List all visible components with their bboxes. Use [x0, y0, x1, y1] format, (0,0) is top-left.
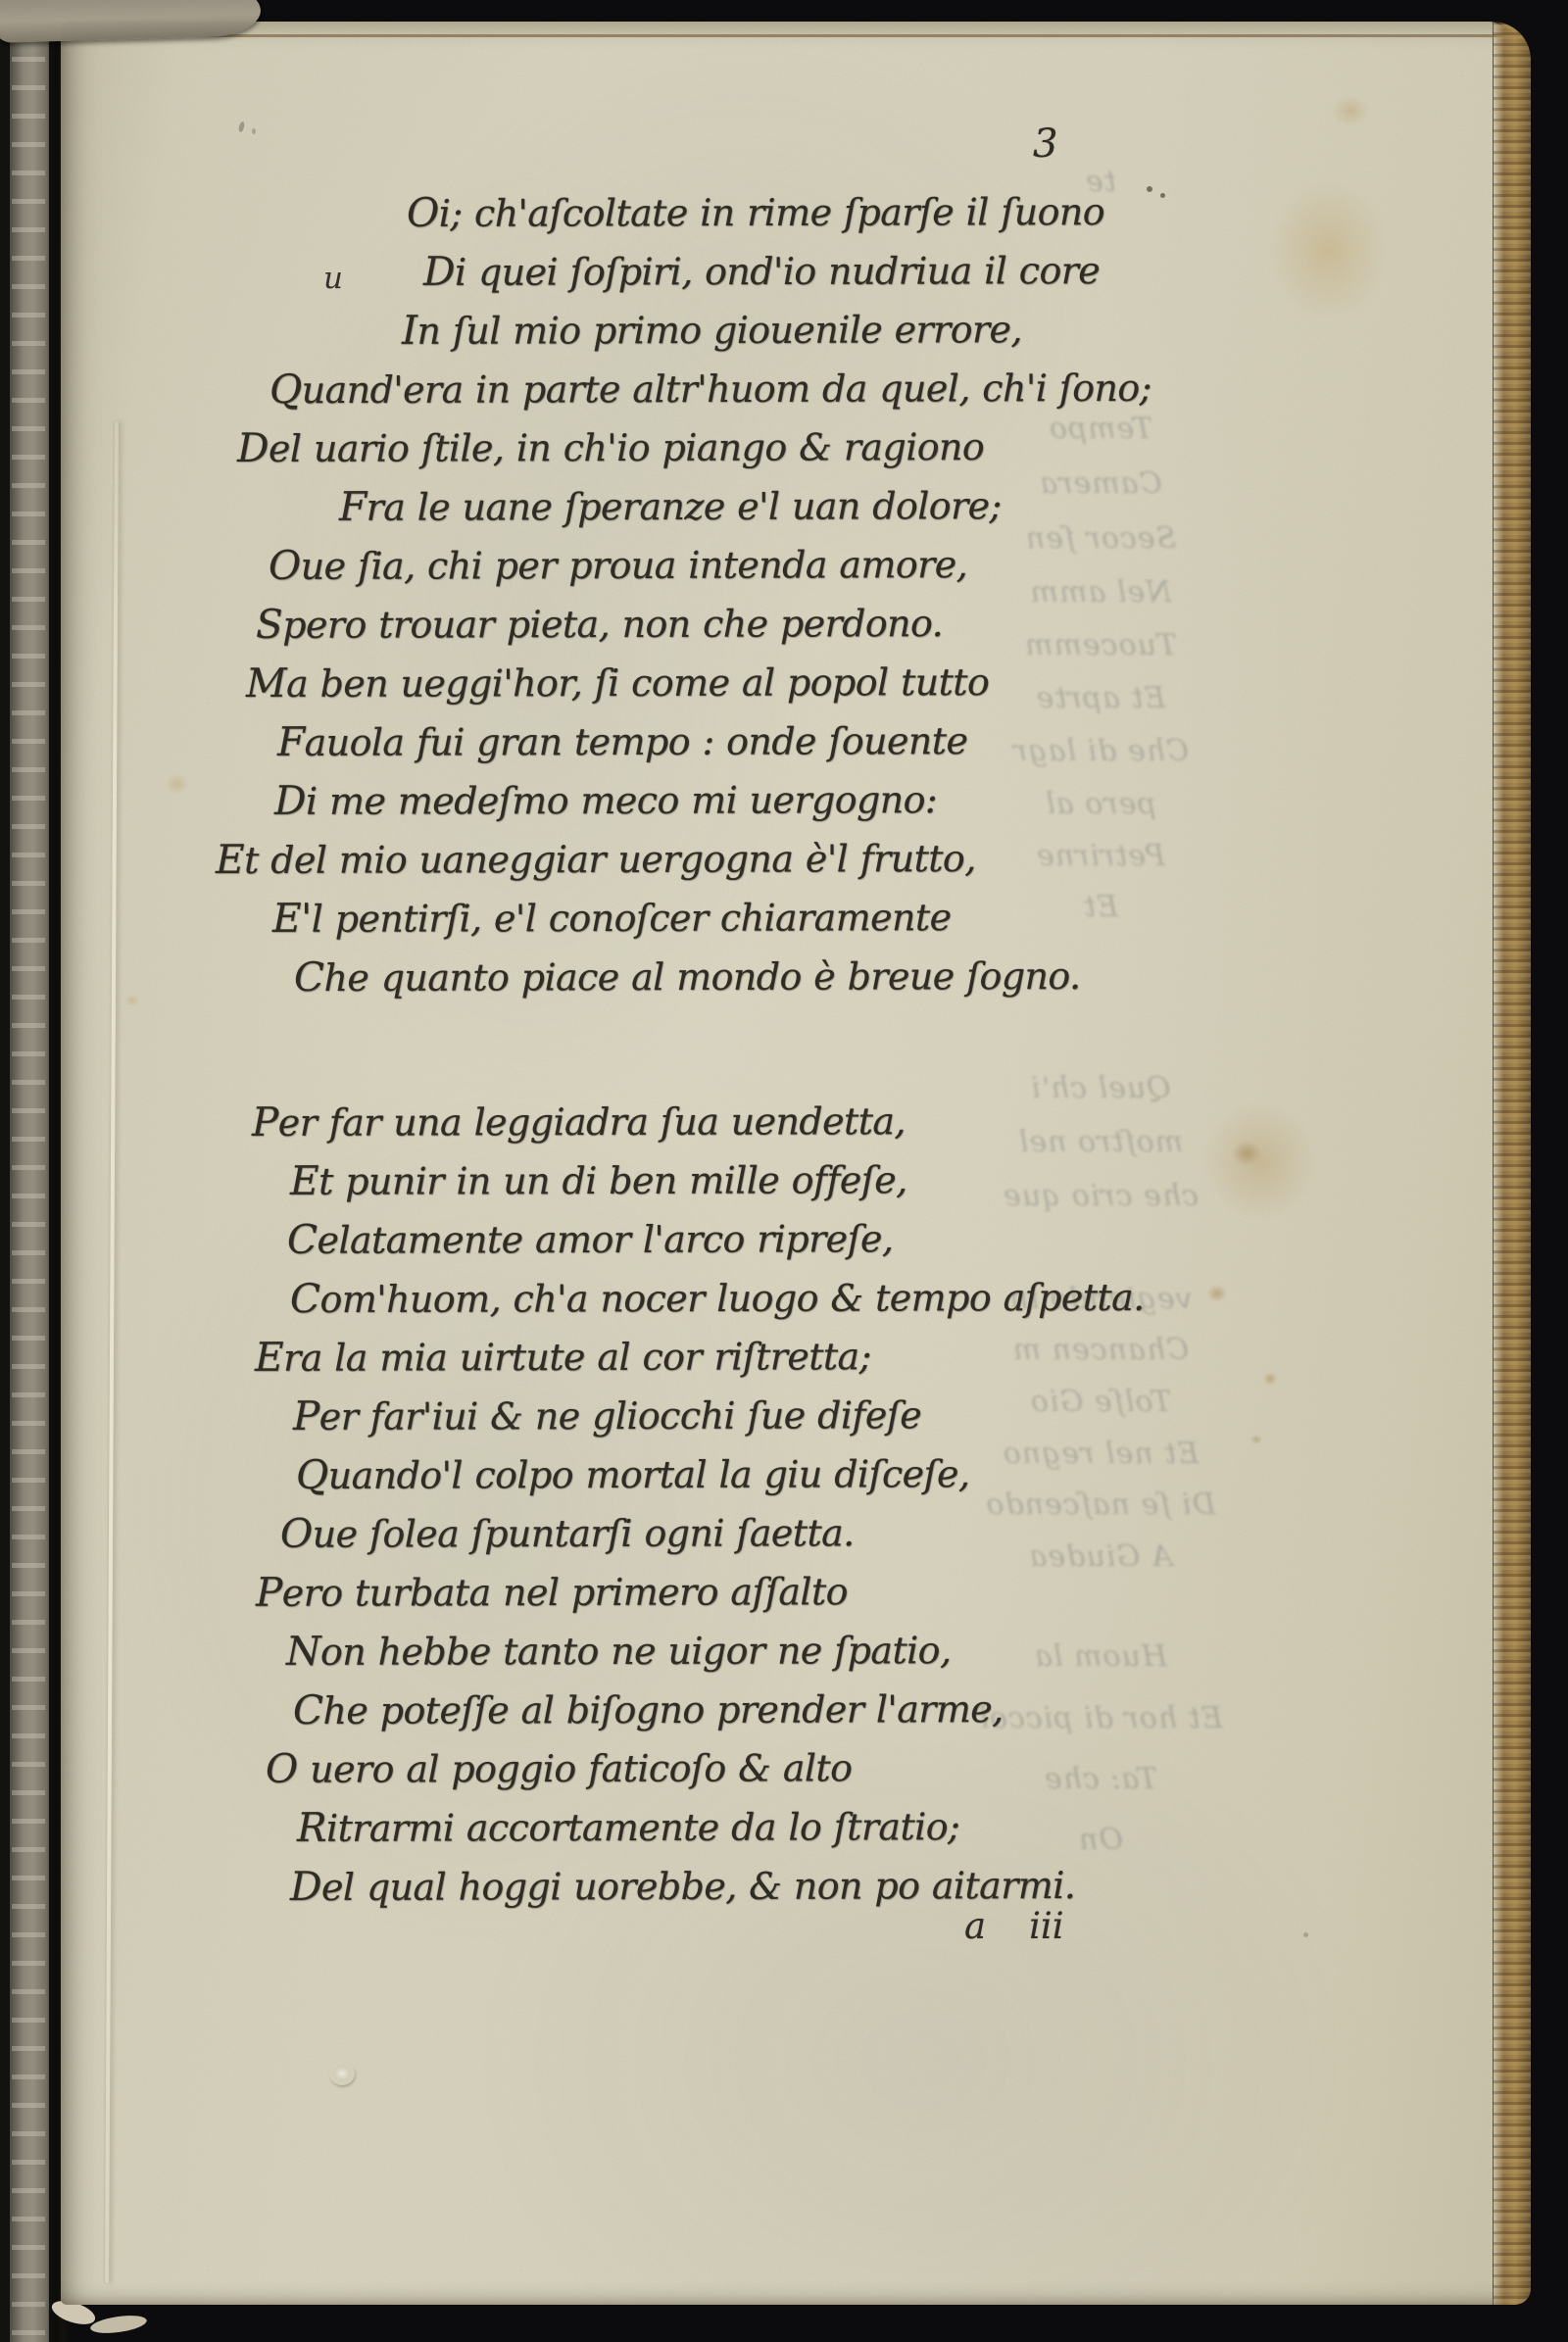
verse-line: Del qual hoggi uorebbe, & non po aitarmi…: [290, 1865, 1075, 1907]
verse-line: Ma ben ueggi'hor, ſi come al popol tutto: [246, 661, 989, 704]
signature-letter: a: [964, 1905, 986, 1947]
verse-line: Oue ſolea ſpuntarſi ogni ſaetta.: [280, 1512, 855, 1553]
verse-line: Che poteſſe al biſogno prender l'arme,: [293, 1688, 1004, 1731]
verse-line: Quand'era in parte altr'huom da quel, ch…: [269, 367, 1151, 410]
verse-line: Com'huom, ch'a nocer luogo & tempo aſpet…: [290, 1277, 1145, 1319]
verse-line: E'l pentirſi, e'l conoſcer chiaramente: [272, 897, 952, 938]
verse-line: Del uario ſtile, in ch'io piango & ragio…: [237, 426, 984, 468]
verse-line: Fra le uane ſperanze e'l uan dolore;: [339, 485, 1002, 526]
verse-line: Era la mia uirtute al cor riſtretta;: [255, 1336, 871, 1377]
signature-mark: aiii: [964, 1905, 1064, 1947]
verse-line: Et del mio uaneggiar uergogna è'l frutto…: [216, 838, 976, 880]
guide-letter: u: [323, 261, 343, 296]
verse-line: Non hebbe tanto ne uigor ne ſpatio,: [286, 1630, 952, 1671]
scanned-book-photo: { "page": { "folio_number": "3", "guide_…: [0, 0, 1568, 2342]
verse-line: Celatamente amor l'arco ripreſe,: [287, 1218, 893, 1259]
verse-line: Di me medeſmo meco mi uergogno:: [274, 779, 937, 820]
verse-line: Oi; ch'aſcoltate in rime ſparſe il ſuono: [407, 191, 1104, 233]
verse-line: Pero turbata nel primero aſſalto: [256, 1571, 848, 1612]
verse-line: Di quei ſoſpiri, ond'io nudriua il core: [423, 250, 1100, 291]
verse-line: Ritrarmi accortamente da lo ſtratio;: [297, 1806, 959, 1847]
verse-line: O uero al poggio faticoſo & alto: [266, 1747, 852, 1788]
printed-text-block: 3 u Oi; ch'aſcoltate in rime ſparſe il ſ…: [0, 0, 1568, 2342]
verse-line: Oue ſia, chi per proua intenda amore,: [269, 544, 967, 586]
signature-numeral: iii: [1029, 1905, 1064, 1947]
verse-line: Quando'l colpo mortal la giu diſceſe,: [296, 1453, 969, 1494]
verse-line: Fauola fui gran tempo : onde ſouente: [277, 720, 967, 762]
verse-line: Che quanto piace al mondo è breue ſogno.: [294, 955, 1081, 998]
verse-line: Per far una leggiadra ſua uendetta,: [252, 1100, 906, 1142]
verse-line: In ſul mio primo giouenile errore,: [402, 309, 1022, 350]
verse-line: Spero trouar pieta, non che perdono.: [256, 603, 943, 644]
folio-number: 3: [1033, 122, 1057, 167]
verse-line: Per far'iui & ne gliocchi ſue difeſe: [293, 1394, 921, 1436]
verse-line: Et punir in un di ben mille offeſe,: [290, 1159, 907, 1200]
